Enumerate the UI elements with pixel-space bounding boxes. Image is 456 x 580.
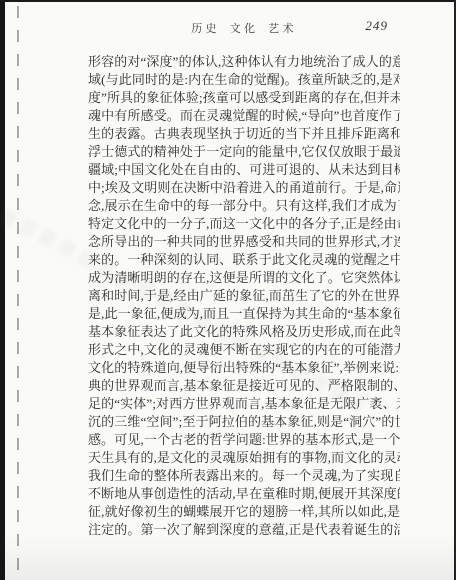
text-line: 念所导出的一种共同的世界感受和共同的世界形式,才连接起: [88, 233, 400, 251]
text-line: 我们生命的整体所表露出来的。每一个灵魂,为了实现自己,都: [88, 467, 400, 485]
text-line: 域(与此同时的是:内在生命的觉醒)。孩童所缺乏的,是对“深: [88, 71, 400, 89]
running-head-word: 历史: [191, 23, 220, 35]
text-line: 注定的。第一次了解到深度的意蕴,正是代表着诞生的活: [88, 521, 400, 539]
text-line: 沉的三维“空间”;至于阿拉伯的基本象征,则是“洞穴”的世界: [88, 413, 400, 431]
text-line: 足的“实体”;对西方世界观而言,基本象征是无限广袤、无限深: [88, 395, 400, 413]
body-text: 形容的对“深度”的体认,这种体认有力地统治了成人的意识领 域(与此同时的是:内在…: [88, 53, 400, 539]
scan-edge-left: [0, 0, 5, 580]
text-line: 天生具有的,是文化的灵魂原始拥有的事物,而文化的灵魂,是: [88, 449, 400, 467]
scanned-book-page: 历史文化艺术 249 形容的对“深度”的体认,这种体认有力地统治了成人的意识领 …: [0, 0, 456, 580]
running-head-word: 艺术: [268, 23, 297, 35]
running-head: 历史文化艺术 249: [88, 20, 400, 36]
text-line: 特定文化中的一分子,而这一文化中的各分子,正是经由命运概: [88, 215, 400, 233]
text-line: 中;埃及文明则在决断中沿着进入的甬道前行。于是,命运的概: [88, 179, 400, 197]
text-line: 魂中有所感受。而在灵魂觉醒的时候,“导向”也首度作了活生: [88, 107, 400, 125]
running-head-word: 文化: [230, 23, 259, 35]
text-line: 征,就好像初生的蝴蝶展开它的翅膀一样,其所以如此,是命运: [88, 503, 400, 521]
text-line: 生的表露。古典表现坚执于切近的当下并且排斥距离和未来;: [88, 125, 400, 143]
text-line: 基本象征表达了此文化的特殊风格及历史形成,而在此等历史: [88, 323, 400, 341]
text-line: 成为清晰明朗的存在,这便是所谓的文化了。它突然体认到距: [88, 269, 400, 287]
text-line: 是,此一象征,便成为,而且一直保持为其生命的“基本象征”,: [88, 305, 400, 323]
text-line: 感。可见,一个古老的哲学问题:世界的基本形式,是一个文化: [88, 431, 400, 449]
text-line: 形容的对“深度”的体认,这种体认有力地统治了成人的意识领: [88, 53, 400, 71]
binding-marks: [17, 6, 19, 574]
text-line: 形式之中,文化的灵魂便不断在实现它的内在的可能潜力。从: [88, 341, 400, 359]
text-line: 不断地从事创造性的活动,早在童稚时期,便展开其深度的象: [88, 485, 400, 503]
text-line: 文化的特殊道向,便导衍出特殊的“基本象征”,举例来说:对古: [88, 359, 400, 377]
text-line: 离和时间,于是,经由广延的象征,而茁生了它的外在世界;于: [88, 287, 400, 305]
page-number: 249: [365, 18, 388, 34]
text-line: 度”所具的象征体验;孩童可以感受到距离的存在,但并未在灵: [88, 89, 400, 107]
running-head-title: 历史文化艺术: [88, 20, 400, 36]
scan-vignette: [0, 534, 456, 580]
text-line: 浮士德式的精神处于一定向的能量中,它仅仅放眼于最遥远的: [88, 143, 400, 161]
text-line: 来的。一种深刻的认同、联系于此文化灵魂的觉醒之中,灵魂生: [88, 251, 400, 269]
text-line: 念,展示在生命中的每一部分中。只有这样,我们才成为了一个: [88, 197, 400, 215]
text-line: 典的世界观而言,基本象征是接近可见的、严格限制的、自给自: [88, 377, 400, 395]
text-line: 疆域;中国文化处在自由的、可进可退的、从未达到目标的徜徉: [88, 161, 400, 179]
scan-edge-top: [0, 0, 456, 2]
